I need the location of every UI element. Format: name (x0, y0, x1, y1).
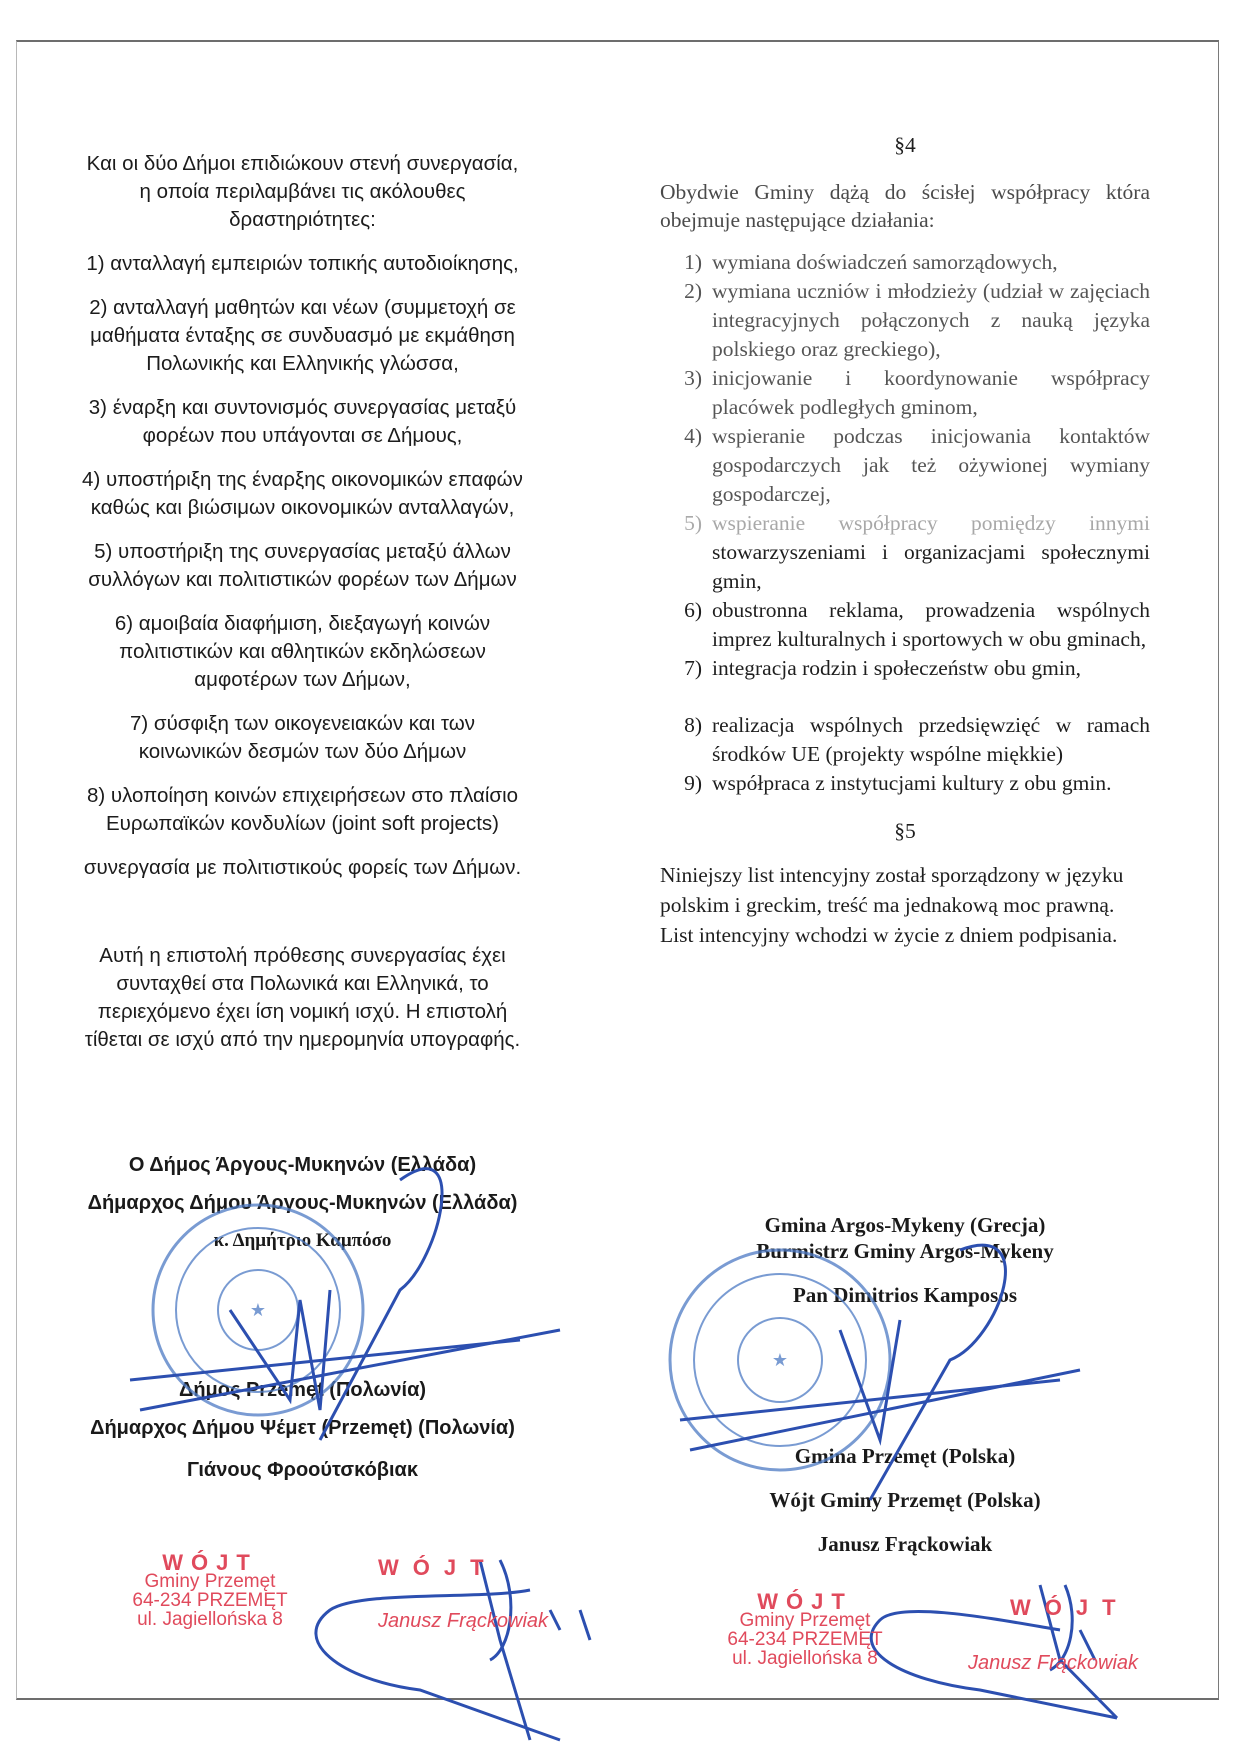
greek-item-9: συνεργασία με πολιτιστικούς φορείς των Δ… (40, 854, 565, 882)
stamp-line: ul. Jagiellońska 8 (705, 1649, 905, 1668)
polish-item: 1)wymiana doświadczeń samorządowych, (660, 248, 1150, 277)
polish-signature-argos: Gmina Argos-Mykeny (Grecja) Burmistrz Gm… (660, 1212, 1150, 1308)
greek-item-4: 4) υποστήριξη της έναρξης οικονομικών επ… (40, 466, 565, 522)
polish-item: 4)wspieranie podczas inicjowania kontakt… (660, 422, 1150, 509)
name-stamp-right: Janusz Frąckowiak (968, 1652, 1138, 1675)
przemet-mayor-name: Janusz Frąckowiak (660, 1531, 1150, 1557)
greek-item-line: καθώς και βιώσιμων οικονομικών ανταλλαγώ… (40, 494, 565, 522)
greek-column: Και οι δύο Δήμοι επιδιώκουν στενή συνεργ… (40, 150, 565, 1054)
item-text: integracja rodzin i społeczeństw obu gmi… (712, 654, 1150, 683)
polish-item: 7)integracja rodzin i społeczeństw obu g… (660, 654, 1150, 683)
argos-municipality: Ο Δήμος Άργους-Μυκηνών (Ελλάδα) (40, 1150, 565, 1180)
greek-item-line: μαθήματα ένταξης σε συνδυασμό με εκμάθησ… (40, 322, 565, 350)
greek-intro-line: δραστηριότητες: (40, 206, 565, 234)
greek-closing-line: Αυτή η επιστολή πρόθεσης συνεργασίας έχε… (40, 942, 565, 970)
greek-intro-line: Και οι δύο Δήμοι επιδιώκουν στενή συνεργ… (40, 150, 565, 178)
greek-closing-line: περιεχόμενο έχει ίση νομική ισχύ. Η επισ… (40, 998, 565, 1026)
stamp-title: WÓJT (110, 1553, 310, 1572)
polish-closing: Niniejszy list intencyjny został sporząd… (660, 860, 1150, 950)
greek-item-line: 4) υποστήριξη της έναρξης οικονομικών επ… (40, 466, 565, 494)
greek-item-line: 5) υποστήριξη της συνεργασίας μεταξύ άλλ… (40, 538, 565, 566)
greek-item-2: 2) ανταλλαγή μαθητών και νέων (συμμετοχή… (40, 294, 565, 378)
przemet-municipality: Gmina Przemęt (Polska) (660, 1443, 1150, 1469)
item-number: 9) (660, 769, 712, 798)
greek-item-line: φορέων που υπάγονται σε Δήμους, (40, 422, 565, 450)
item-number: 1) (660, 248, 712, 277)
stamp-line: 64-234 PRZEMĘT (110, 1591, 310, 1610)
section-4-heading: §4 (660, 130, 1150, 160)
item-text-main: stowarzyszeniami i organizacjami społecz… (712, 540, 1150, 593)
polish-item: 8)realizacja wspólnych przedsięwzięć w r… (660, 711, 1150, 769)
stamp-line: 64-234 PRZEMĘT (705, 1630, 905, 1649)
greek-intro: Και οι δύο Δήμοι επιδιώκουν στενή συνεργ… (40, 150, 565, 234)
greek-item-line: συλλόγων και πολιτιστικών φορέων των Δήμ… (40, 566, 565, 594)
greek-intro-line: η οποία περιλαμβάνει τις ακόλουθες (40, 178, 565, 206)
greek-item-line: αμφοτέρων των Δήμων, (40, 666, 565, 694)
polish-item-list: 1)wymiana doświadczeń samorządowych, 2)w… (660, 248, 1150, 798)
item-number: 7) (660, 654, 712, 683)
greek-item-line: 6) αμοιβαία διαφήμιση, διεξαγωγή κοινών (40, 610, 565, 638)
greek-item-line: 1) ανταλλαγή εμπειριών τοπικής αυτοδιοίκ… (40, 250, 565, 278)
item-text: wymiana doświadczeń samorządowych, (712, 248, 1150, 277)
item-number: 3) (660, 364, 712, 422)
stamp-line: Gminy Przemęt (110, 1572, 310, 1591)
polish-item: 3)inicjowanie i koordynowanie współpracy… (660, 364, 1150, 422)
stamp-line: ul. Jagiellońska 8 (110, 1610, 310, 1629)
polish-item: 6)obustronna reklama, prowadzenia wspóln… (660, 596, 1150, 654)
greek-closing-line: συνταχθεί στα Πολωνικά και Ελληνικά, το (40, 970, 565, 998)
office-stamp-left: WÓJT Gminy Przemęt 64-234 PRZEMĘT ul. Ja… (110, 1553, 310, 1629)
argos-mayor-name: Pan Dimitrios Kamposos (660, 1282, 1150, 1308)
przemet-municipality: Δήμος Przemęt (Πολωνία) (40, 1375, 565, 1405)
polish-item: 2)wymiana uczniów i młodzieży (udział w … (660, 277, 1150, 364)
greek-item-line: Ευρωπαϊκών κονδυλίων (joint soft project… (40, 810, 565, 838)
polish-column: §4 Obydwie Gminy dążą do ścisłej współpr… (660, 130, 1150, 950)
polish-item: 5)wspieranie współpracy pomiędzy innymi … (660, 509, 1150, 596)
office-stamp-right: WÓJT Gminy Przemęt 64-234 PRZEMĘT ul. Ja… (705, 1592, 905, 1668)
argos-municipality: Gmina Argos-Mykeny (Grecja) (660, 1212, 1150, 1238)
greek-item-8: 8) υλοποίηση κοινών επιχειρήσεων στο πλα… (40, 782, 565, 838)
greek-item-1: 1) ανταλλαγή εμπειριών τοπικής αυτοδιοίκ… (40, 250, 565, 278)
item-text: współpraca z instytucjami kultury z obu … (712, 769, 1150, 798)
greek-item-3: 3) έναρξη και συντονισμός συνεργασίας με… (40, 394, 565, 450)
name-stamp-title-left: WÓJT (378, 1555, 498, 1581)
greek-item-line: 2) ανταλλαγή μαθητών και νέων (συμμετοχή… (40, 294, 565, 322)
argos-mayor-name: κ. Δημήτριο Καμπόσο (40, 1226, 565, 1256)
greek-item-7: 7) σύσφιξη των οικογενειακών και των κοι… (40, 710, 565, 766)
stamp-title: WÓJT (705, 1592, 905, 1611)
greek-signature-przemet: Δήμος Przemęt (Πολωνία) Δήμαρχος Δήμου Ψ… (40, 1375, 565, 1485)
item-number: 4) (660, 422, 712, 509)
name-stamp-title-right: WÓJT (1010, 1595, 1130, 1621)
przemet-mayor-name: Γιάνους Φροούτσκόβιακ (40, 1455, 565, 1485)
item-text: realizacja wspólnych przedsięwzięć w ram… (712, 711, 1150, 769)
item-number: 6) (660, 596, 712, 654)
argos-mayor-title: Δήμαρχος Δήμου Άργους-Μυκηνών (Ελλάδα) (40, 1188, 565, 1218)
item-number: 5) (660, 509, 712, 596)
argos-mayor-title: Burmistrz Gminy Argos-Mykeny (660, 1238, 1150, 1264)
greek-item-line: συνεργασία με πολιτιστικούς φορείς των Δ… (40, 854, 565, 882)
item-number: 8) (660, 711, 712, 769)
polish-item: 9)współpraca z instytucjami kultury z ob… (660, 769, 1150, 798)
greek-item-5: 5) υποστήριξη της συνεργασίας μεταξύ άλλ… (40, 538, 565, 594)
greek-item-line: 3) έναρξη και συντονισμός συνεργασίας με… (40, 394, 565, 422)
polish-signature-przemet: Gmina Przemęt (Polska) Wójt Gminy Przemę… (660, 1443, 1150, 1557)
item-text: obustronna reklama, prowadzenia wspólnyc… (712, 596, 1150, 654)
greek-item-line: κοινωνικών δεσμών των δύο Δήμων (40, 738, 565, 766)
greek-signature-argos: Ο Δήμος Άργους-Μυκηνών (Ελλάδα) Δήμαρχος… (40, 1150, 565, 1256)
greek-item-line: Πολωνικής και Ελληνικής γλώσσα, (40, 350, 565, 378)
name-stamp-left: Janusz Frąckowiak (378, 1610, 548, 1633)
greek-item-line: 7) σύσφιξη των οικογενειακών και των (40, 710, 565, 738)
item-number: 2) (660, 277, 712, 364)
item-text: inicjowanie i koordynowanie współpracy p… (712, 364, 1150, 422)
item-text: wspieranie współpracy pomiędzy innymi st… (712, 509, 1150, 596)
greek-item-line: πολιτιστικών και αθλητικών εκδηλώσεων (40, 638, 565, 666)
greek-closing: Αυτή η επιστολή πρόθεσης συνεργασίας έχε… (40, 942, 565, 1054)
polish-intro: Obydwie Gminy dążą do ścisłej współpracy… (660, 178, 1150, 234)
greek-item-line: 8) υλοποίηση κοινών επιχειρήσεων στο πλα… (40, 782, 565, 810)
przemet-mayor-title: Wójt Gminy Przemęt (Polska) (660, 1487, 1150, 1513)
item-text: wspieranie podczas inicjowania kontaktów… (712, 422, 1150, 509)
section-5-heading: §5 (660, 816, 1150, 846)
item-text: wymiana uczniów i młodzieży (udział w za… (712, 277, 1150, 364)
greek-item-6: 6) αμοιβαία διαφήμιση, διεξαγωγή κοινών … (40, 610, 565, 694)
przemet-mayor-title: Δήμαρχος Δήμου Ψέμετ (Przemęt) (Πολωνία) (40, 1413, 565, 1443)
item-text-faint: wspieranie współpracy pomiędzy innymi (712, 511, 1150, 535)
greek-closing-line: τίθεται σε ισχύ από την ημερομηνία υπογρ… (40, 1026, 565, 1054)
stamp-line: Gminy Przemęt (705, 1611, 905, 1630)
